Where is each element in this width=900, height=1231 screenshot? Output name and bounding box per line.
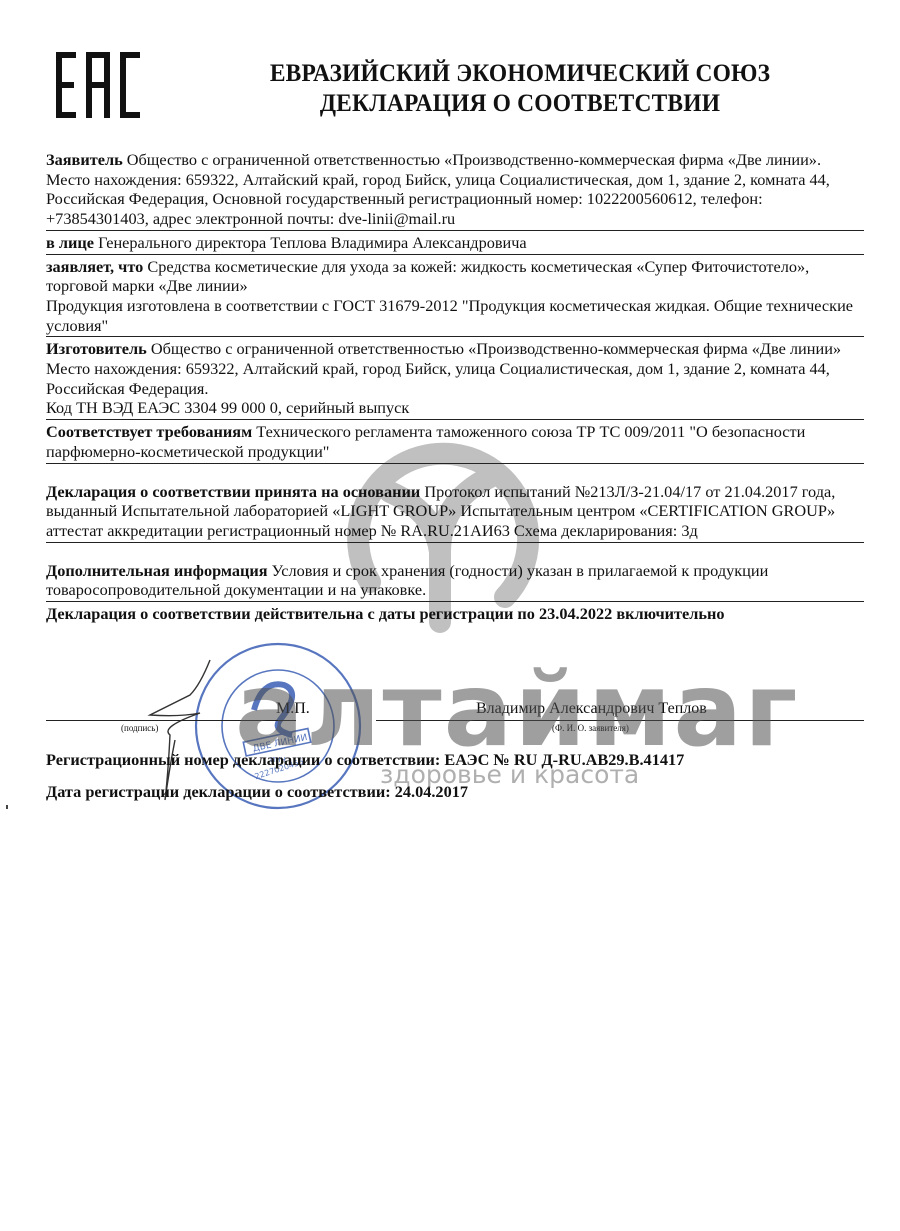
manufacturer-section: Изготовитель Общество с ограниченной отв… xyxy=(46,339,864,420)
applicant-section: Заявитель Общество с ограниченной ответс… xyxy=(46,150,864,231)
watermark-brand: алтаймаг xyxy=(235,660,799,762)
compliance-section: Соответствует требованиям Технического р… xyxy=(46,422,864,463)
compliance-label: Соответствует требованиям xyxy=(46,422,252,441)
manufacturer-label: Изготовитель xyxy=(46,339,147,358)
declares-label: заявляет, что xyxy=(46,257,143,276)
additional-info-label: Дополнительная информация xyxy=(46,561,268,580)
represented-by-section: в лице Генерального директора Теплова Вл… xyxy=(46,233,864,255)
manufacturer-text: Общество с ограниченной ответственностью… xyxy=(147,339,841,358)
manufacturer-address: Место нахождения: 659322, Алтайский край… xyxy=(46,359,864,398)
title-declaration: ДЕКЛАРАЦИЯ О СООТВЕТСТВИИ xyxy=(226,88,815,118)
signature-caption: (подпись) xyxy=(121,723,158,733)
declares-text: Средства косметические для ухода за коже… xyxy=(46,257,809,296)
basis-section: Декларация о соответствии принята на осн… xyxy=(46,482,864,543)
product-code: Код ТН ВЭД ЕАЭС 3304 99 000 0, серийный … xyxy=(46,398,864,418)
declares-section: заявляет, что Средства косметические для… xyxy=(46,257,864,338)
page-title: ЕВРАЗИЙСКИЙ ЭКОНОМИЧЕСКИЙ СОЮЗ ДЕКЛАРАЦИ… xyxy=(226,58,815,118)
represented-by-text: Генерального директора Теплова Владимира… xyxy=(94,233,527,252)
scan-mark xyxy=(6,805,8,809)
watermark-tagline: здоровье и красота xyxy=(380,760,639,789)
represented-by-label: в лице xyxy=(46,233,94,252)
applicant-text: Общество с ограниченной ответственностью… xyxy=(46,150,830,228)
title-union: ЕВРАЗИЙСКИЙ ЭКОНОМИЧЕСКИЙ СОЮЗ xyxy=(226,58,815,88)
declaration-body: Заявитель Общество с ограниченной ответс… xyxy=(46,150,864,627)
basis-label: Декларация о соответствии принята на осн… xyxy=(46,482,420,501)
standard-text: Продукция изготовлена в соответствии с Г… xyxy=(46,296,864,335)
validity-text: Декларация о соответствии действительна … xyxy=(46,604,864,624)
eac-logo-icon xyxy=(56,52,142,118)
validity-section: Декларация о соответствии действительна … xyxy=(46,604,864,625)
additional-info-section: Дополнительная информация Условия и срок… xyxy=(46,561,864,602)
applicant-label: Заявитель xyxy=(46,150,123,169)
